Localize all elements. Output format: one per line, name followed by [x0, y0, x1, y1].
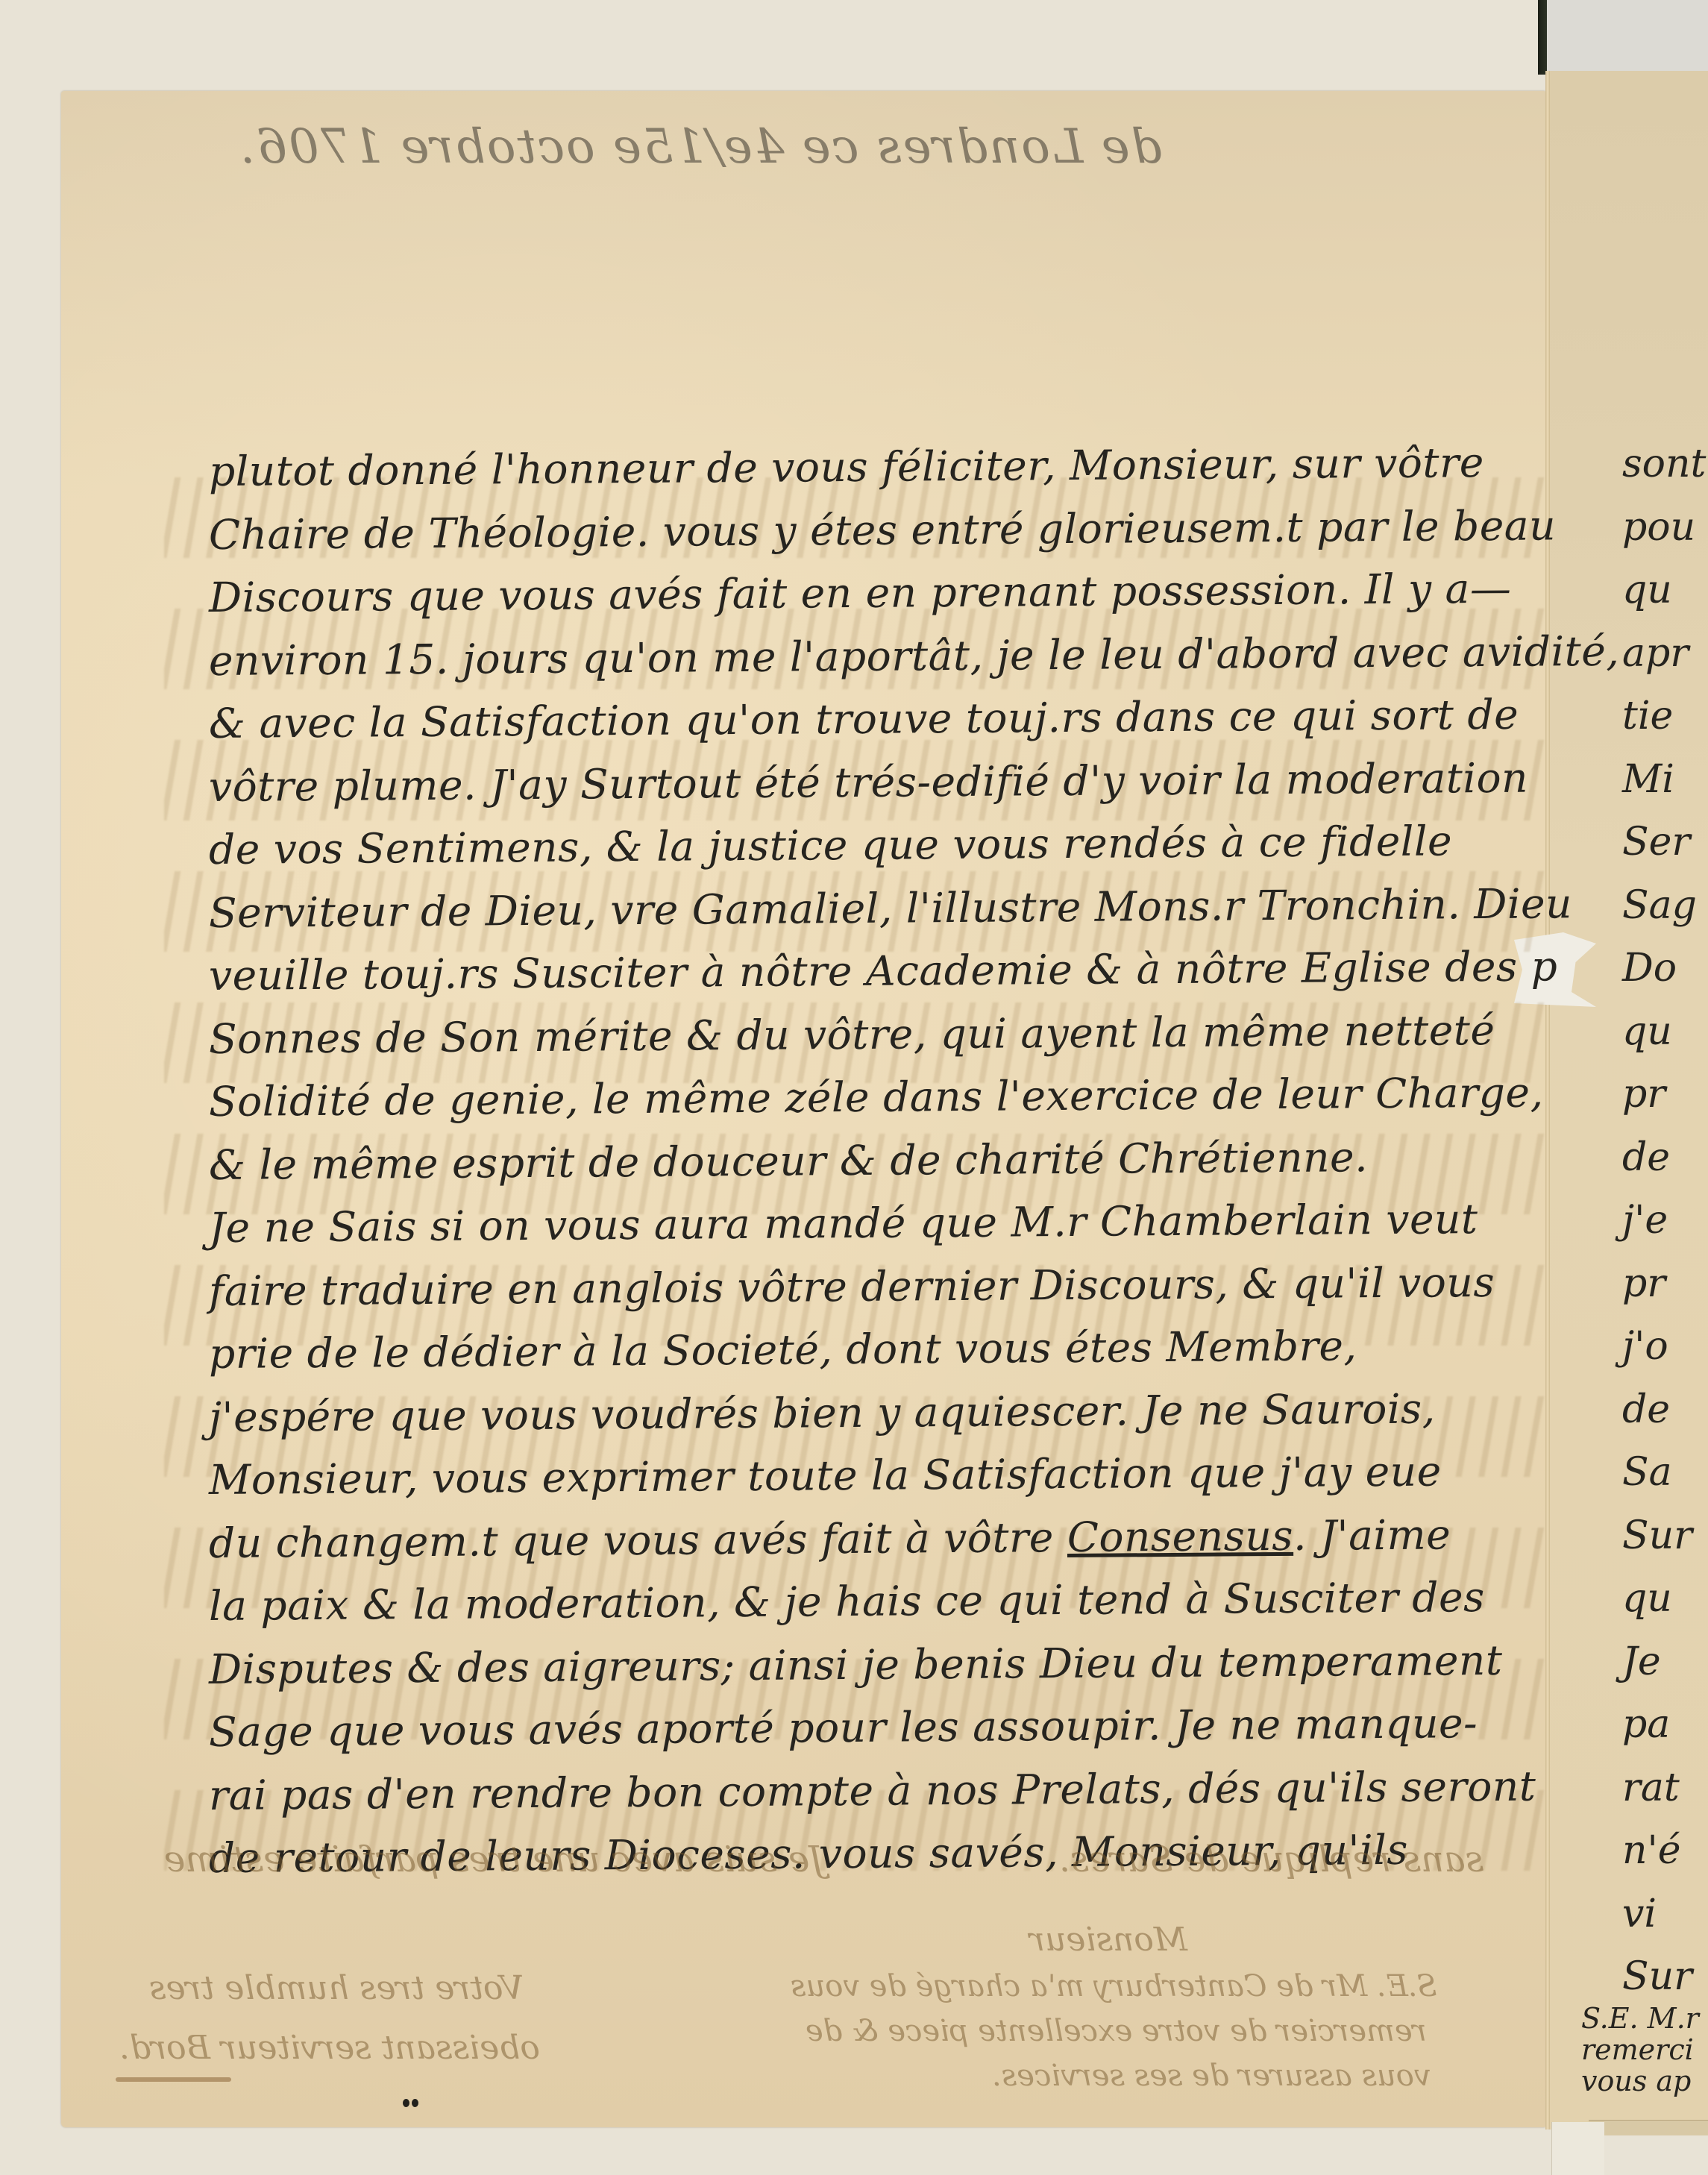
adjacent-page-fragments: sont pou qu apr tie Mi Ser Sag Do qu pr …	[1622, 433, 1708, 2009]
adjacent-note-line: vous ap	[1581, 2065, 1708, 2097]
letter-line: la paix & la moderation, & je hais ce qu…	[209, 1565, 1567, 1637]
bleed-through-postscript-line: vous assurer de ses services.	[992, 2059, 1431, 2093]
bleed-through-postscript-line: S.E. Mr de Canterbury m'a chargé de vous	[791, 1969, 1437, 2003]
letter-line: vôtre plume. J'ay Surtout été trés-edifi…	[209, 746, 1567, 818]
margin-ink-stroke	[116, 2077, 231, 2082]
adjacent-page-fragment: Sa	[1622, 1441, 1708, 1504]
adjacent-page-fragment: Sur	[1622, 1945, 1708, 2009]
letter-line: & le même esprit de douceur & de charité…	[209, 1124, 1567, 1196]
adjacent-page-fragment: sont	[1622, 433, 1708, 496]
adjacent-page-fragment: Je	[1622, 1631, 1708, 1694]
letter-line: Discours que vous avés fait en en prenan…	[209, 556, 1567, 629]
adjacent-page-fragment: pou	[1622, 496, 1708, 559]
adjacent-note-line: S.E. M.r d	[1581, 2003, 1708, 2034]
mount-tab	[1551, 2122, 1604, 2175]
adjacent-page-fragment: qu	[1622, 559, 1708, 622]
backdrop-binding-area	[1539, 0, 1708, 75]
adjacent-page-fragment: qu	[1622, 1567, 1708, 1631]
adjacent-page-fragment: Ser	[1622, 811, 1708, 874]
adjacent-note-line: remerci	[1581, 2034, 1708, 2065]
underlined-word: Consensus	[1067, 1511, 1294, 1560]
adjacent-page-fragment: pr	[1622, 1063, 1708, 1126]
letter-body: plutot donné l'honneur de vous féliciter…	[209, 440, 1566, 1890]
binding-gutter-shadow	[1538, 0, 1547, 75]
bleed-through-closing-line: Je suis avec une tres parfaite estime	[164, 1839, 824, 1880]
letter-line: Monsieur, vous exprimer toute la Satisfa…	[209, 1439, 1567, 1511]
adjacent-page-fragment: pa	[1622, 1693, 1708, 1757]
letter-line: Serviteur de Dieu, vre Gamaliel, l'illus…	[209, 872, 1567, 944]
adjacent-page-postscript: S.E. M.r d remerci vous ap	[1581, 2003, 1708, 2097]
ink-dots	[403, 2096, 425, 2108]
letter-line: Je ne Sais si on vous aura mandé que M.r…	[209, 1187, 1567, 1259]
bleed-through-signature-line: Votre tres humble tres	[149, 1969, 524, 2007]
bleed-through-date: de Londres ce 4e/15e octobre 1706.	[239, 119, 1164, 175]
adjacent-page-fragment: j'o	[1622, 1315, 1708, 1378]
adjacent-page-fragment: n'é	[1622, 1819, 1708, 1883]
letter-line: plutot donné l'honneur de vous féliciter…	[209, 430, 1567, 503]
page-stack-edge	[1589, 2120, 1708, 2135]
letter-line: rai pas d'en rendre bon compte à nos Pre…	[209, 1754, 1567, 1827]
letter-line: Sonnes de Son mérite & du vôtre, qui aye…	[209, 998, 1567, 1070]
bleed-through-closing-line: sans replique de Sares.	[1059, 1839, 1483, 1880]
adjacent-page-fragment: qu	[1622, 1000, 1708, 1064]
adjacent-page-fragment: Do	[1622, 937, 1708, 1000]
letter-line: du changem.t que vous avés fait à vôtre …	[209, 1502, 1567, 1575]
letter-line: Disputes & des aigreurs; ainsi je benis …	[209, 1628, 1567, 1701]
letter-line: de vos Sentimens, & la justice que vous …	[209, 809, 1567, 881]
bleed-through-salutation: Monsieur	[1029, 1921, 1187, 1959]
letter-line: Chaire de Théologie. vous y étes entré g…	[209, 494, 1567, 566]
bleed-through-postscript-line: remercier de votre excellente piece & de	[806, 2014, 1427, 2048]
adjacent-page-fragment: tie	[1622, 685, 1708, 748]
adjacent-page-fragment: Sur	[1622, 1504, 1708, 1568]
letter-line: Solidité de genie, le même zéle dans l'e…	[209, 1061, 1567, 1133]
adjacent-page-fragment: vi	[1622, 1883, 1708, 1946]
adjacent-page-fragment: de	[1622, 1126, 1708, 1190]
letter-line: Sage que vous avés aporté pour les assou…	[209, 1691, 1567, 1763]
adjacent-page-fragment: apr	[1622, 622, 1708, 685]
letter-line: veuille touj.rs Susciter à nôtre Academi…	[209, 935, 1567, 1007]
letter-line: prie de le dédier à la Societé, dont vou…	[209, 1313, 1567, 1385]
adjacent-page-fragment: de	[1622, 1378, 1708, 1442]
bleed-through-signature-line: obeissant serviteur Bord.	[119, 2029, 540, 2067]
adjacent-page-fragment: rat	[1622, 1757, 1708, 1820]
letter-line: j'espére que vous voudrés bien y aquiesc…	[209, 1376, 1567, 1449]
letter-line: faire traduire en anglois vôtre dernier …	[209, 1250, 1567, 1322]
adjacent-page-fragment: Mi	[1622, 748, 1708, 812]
adjacent-page-fragment: Sag	[1622, 874, 1708, 938]
adjacent-page-fragment: pr	[1622, 1252, 1708, 1316]
adjacent-page-fragment: j'e	[1622, 1189, 1708, 1252]
letter-line: environ 15. jours qu'on me l'aportât, je…	[209, 620, 1567, 692]
letter-line: & avec la Satisfaction qu'on trouve touj…	[209, 682, 1567, 755]
